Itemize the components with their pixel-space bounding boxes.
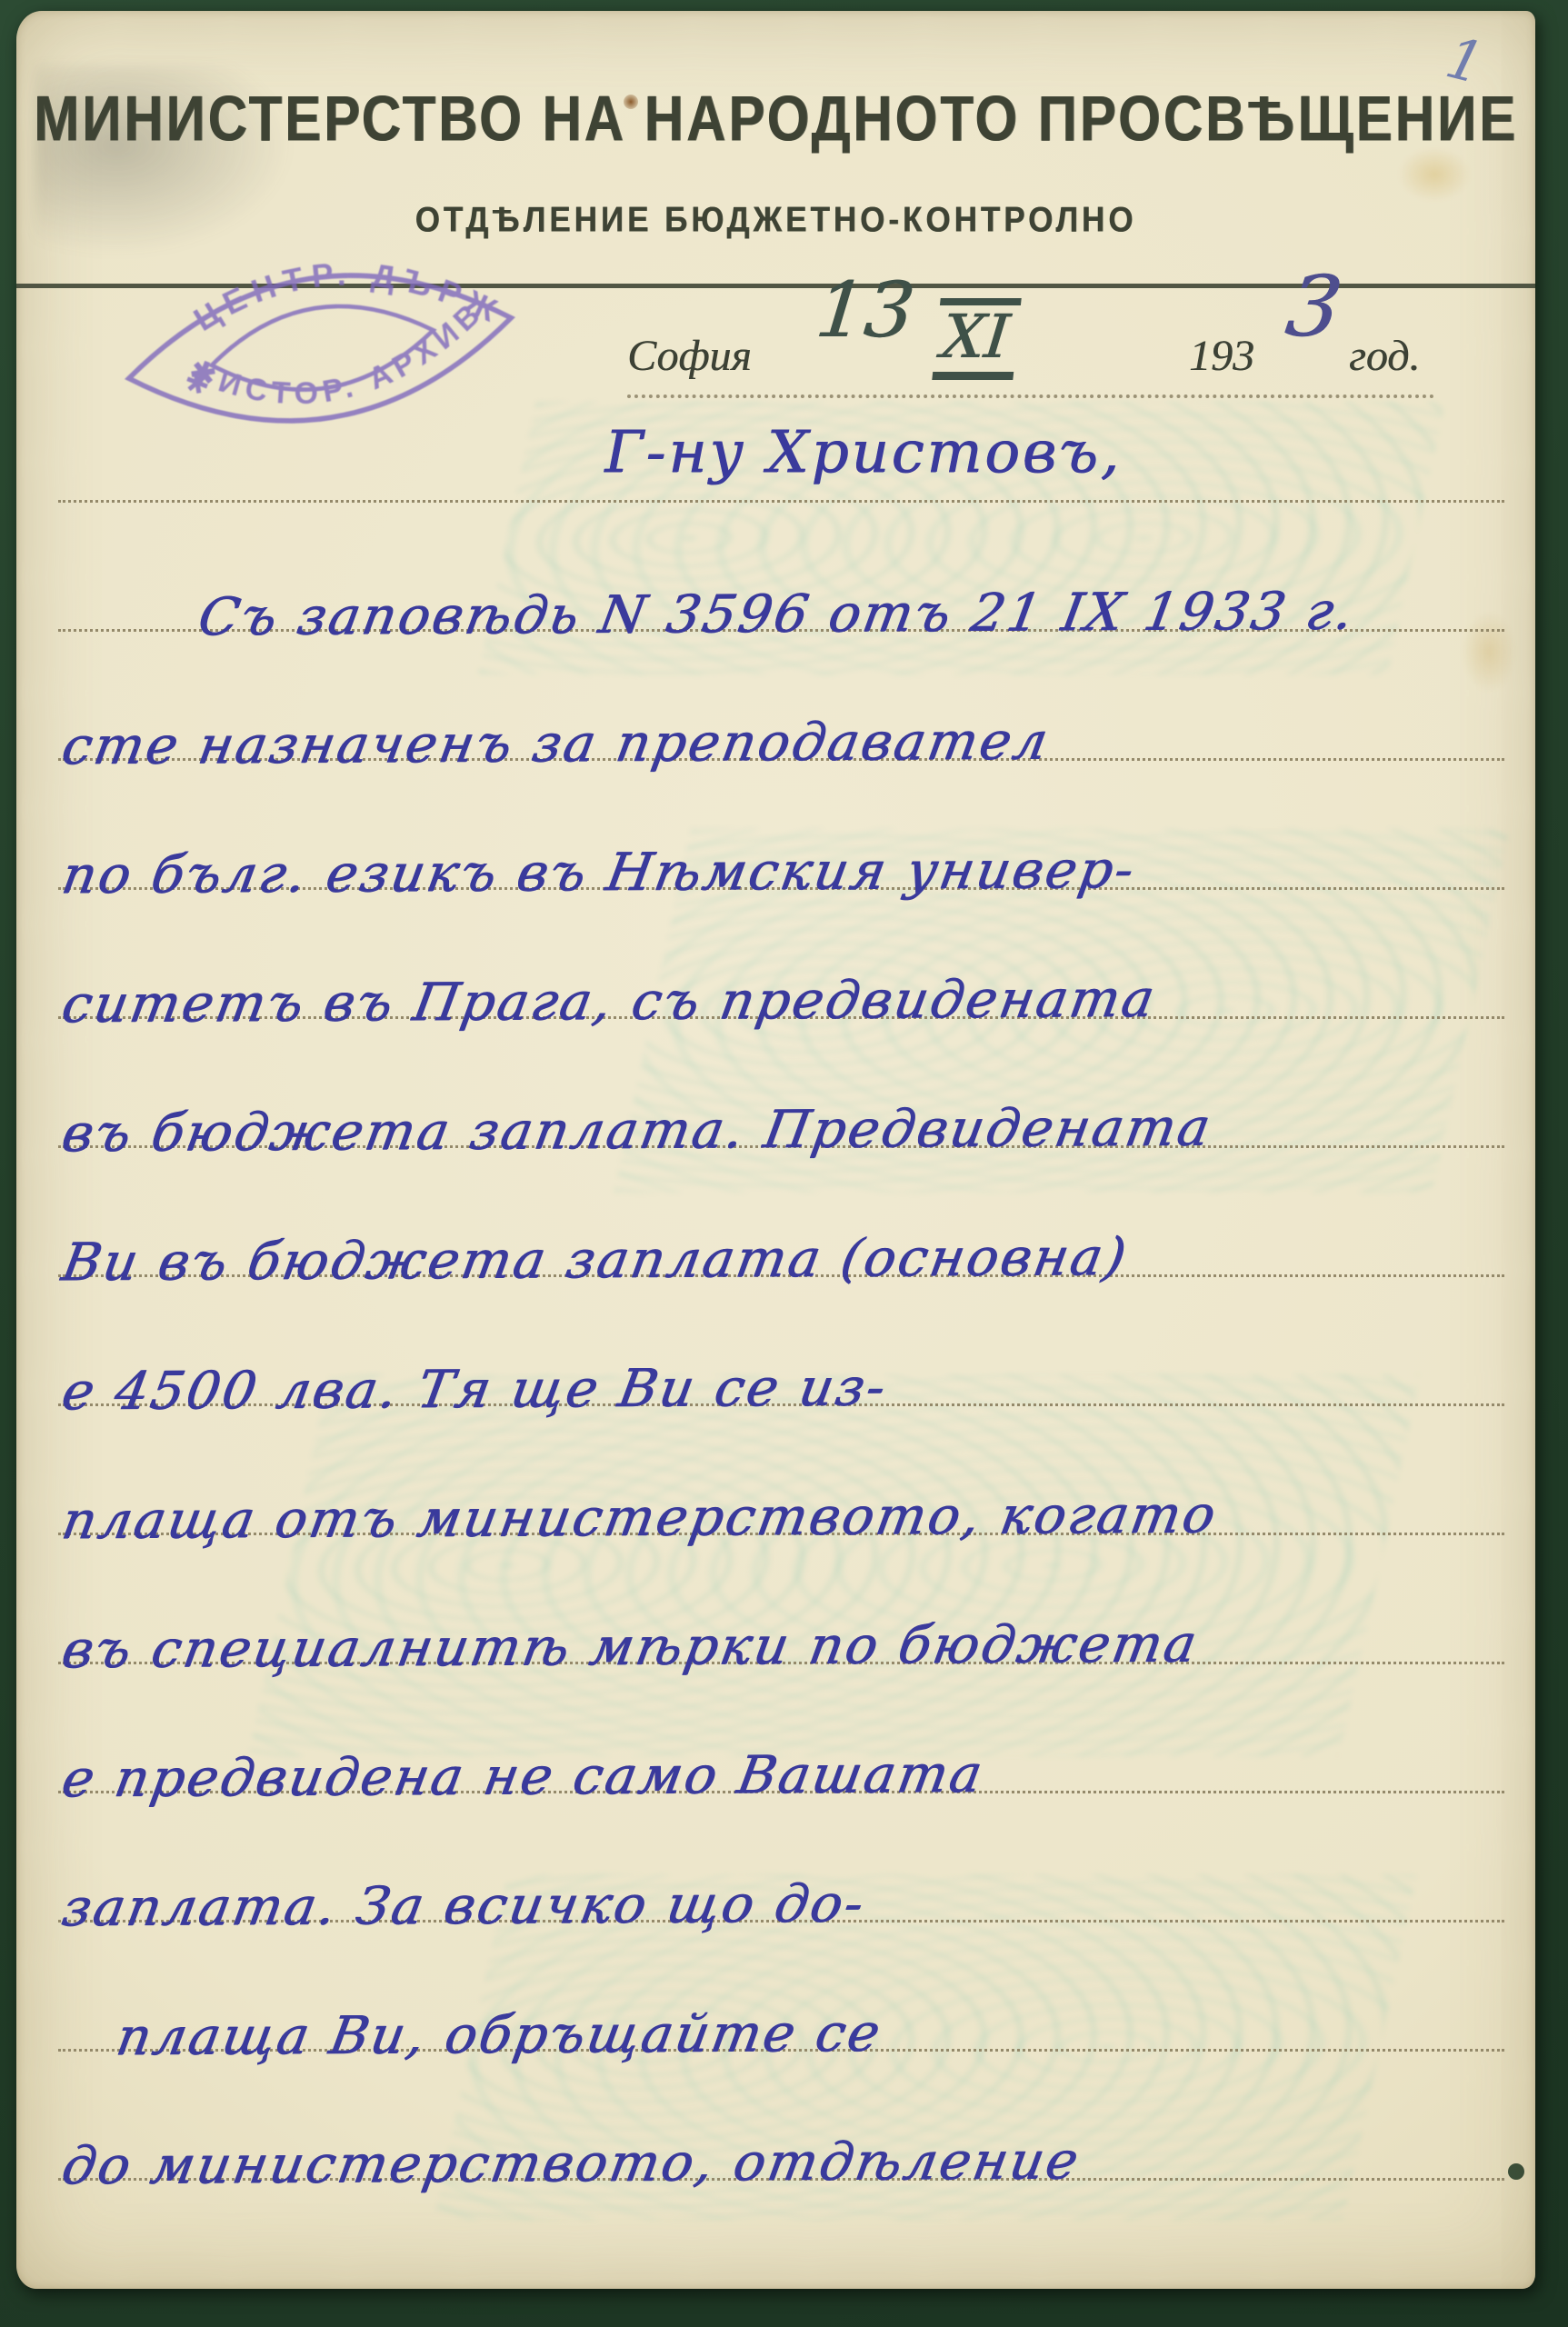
body-line: заплата. За всичко що до- <box>58 1793 1504 1923</box>
body-line: плаща Ви, обръщайте се <box>58 1923 1504 2052</box>
body-line: въ специалнитѣ мѣрки по бюджета <box>58 1535 1504 1664</box>
body-line: ситетъ въ Прага, съ предвидената <box>58 890 1504 1019</box>
salutation-text: Г-ну Христовъ, <box>604 419 1122 486</box>
handwritten-body: Г-ну Христовъ, Съ заповѣдь N 3596 отъ 21… <box>58 393 1504 2289</box>
salutation-line: Г-ну Христовъ, <box>58 393 1504 503</box>
printed-year-suffix: год. <box>1349 331 1420 381</box>
body-line: Съ заповѣдь N 3596 отъ 21 IX 1933 г. <box>58 503 1504 632</box>
letterhead-department-subtitle: ОТДѢЛЕНИЕ БЮДЖЕТНО-КОНТРОЛНО <box>16 200 1535 241</box>
empty-ruled-line <box>58 2181 1504 2289</box>
body-line: по бълг. езикъ въ Нѣмския универ- <box>58 761 1504 890</box>
body-line: сте назначенъ за преподавател <box>58 632 1504 761</box>
body-line: Ви въ бюджета заплата (основна) <box>58 1148 1504 1277</box>
body-line: въ бюджета заплата. Предвидената <box>58 1019 1504 1148</box>
body-line: е 4500 лва. Тя ще Ви се из- <box>58 1277 1504 1406</box>
letter-paper: 1 МИНИСТЕРСТВО НА НАРОДНОТО ПРОСВѢЩЕНИЕ … <box>16 11 1535 2289</box>
body-line: е предвидена не само Вашата <box>58 1664 1504 1793</box>
dateline-city-label: София <box>627 331 752 381</box>
handwritten-day: 13 <box>812 265 918 355</box>
paper-hole <box>1508 2163 1524 2180</box>
body-line: плаща отъ министерството, когато <box>58 1406 1504 1535</box>
body-line: до министерството, отдѣление <box>58 2052 1504 2181</box>
letterhead-ministry-title: МИНИСТЕРСТВО НА НАРОДНОТО ПРОСВѢЩЕНИЕ <box>16 82 1535 155</box>
handwritten-month-roman: XI <box>932 298 1022 380</box>
scanned-letter-photo: 1 МИНИСТЕРСТВО НА НАРОДНОТО ПРОСВѢЩЕНИЕ … <box>0 0 1568 2327</box>
printed-year-prefix: 193 <box>1189 331 1254 381</box>
